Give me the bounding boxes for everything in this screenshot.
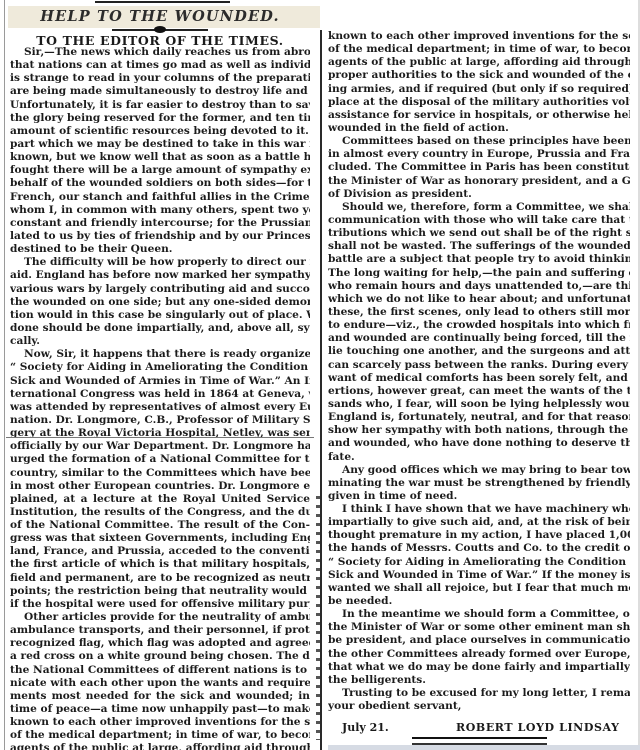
left-column: Sir,—The news which daily reaches us fro…: [10, 46, 310, 750]
text-line: Institution, the results of the Congress…: [10, 506, 310, 519]
text-line: in most other European countries. Dr. Lo…: [10, 480, 310, 493]
text-line: Committees based on these principles hav…: [328, 135, 630, 148]
text-line: show her sympathy with both nations, thr…: [328, 424, 630, 437]
text-line: battle are a subject that people try to …: [328, 253, 630, 266]
text-line: the other Committees already formed over…: [328, 648, 630, 661]
text-line: be needed.: [328, 595, 630, 608]
text-line: points; the restriction being that neutr…: [10, 585, 310, 598]
text-line: lie touching one another, and the surgeo…: [328, 345, 630, 358]
text-line: done should be done impartially, and, ab…: [10, 322, 310, 335]
text-line: officially by our War Department. Dr. Lo…: [10, 440, 310, 453]
text-line: shall not be wasted. The sufferings of t…: [328, 240, 630, 253]
text-line: tion would in this case be singularly ou…: [10, 309, 310, 322]
text-line: urged the formation of a National Commit…: [10, 453, 310, 466]
text-line: impartially to give such aid, and, at th…: [328, 516, 630, 529]
newspaper-clipping: HELP TO THE WOUNDED. TO THE EDITOR OF TH…: [0, 0, 640, 750]
text-line: sands who, I fear, will soon be lying he…: [328, 398, 630, 411]
column-divider: [320, 30, 322, 750]
text-line: the wounded on one side; but any one-sid…: [10, 296, 310, 309]
text-line: ments most needed for the sick and wound…: [10, 690, 310, 703]
text-line: are being made simultaneously to destroy…: [10, 85, 310, 98]
text-line: lated to us by ties of friendship and by…: [10, 230, 310, 243]
text-line: gress was that sixteen Governments, incl…: [10, 532, 310, 545]
text-line: Trusting to be excused for my long lette…: [328, 687, 630, 700]
text-line: these, the first scenes, only lead to ot…: [328, 306, 630, 319]
text-line: is strange to read in your columns of th…: [10, 72, 310, 85]
text-line: thought premature in my action, I have p…: [328, 529, 630, 542]
text-line: ternational Congress was held in 1864 at…: [10, 388, 310, 401]
text-line: fought there will be a large amount of s…: [10, 164, 310, 177]
text-line: assistance for service in hospitals, or …: [328, 109, 630, 122]
text-line: aid. England has before now marked her s…: [10, 269, 310, 282]
text-line: wanted we shall all rejoice, but I fear …: [328, 582, 630, 595]
text-line: Should we, therefore, form a Committee, …: [328, 201, 630, 214]
text-line: your obedient servant,: [328, 700, 630, 713]
text-line: the hands of Messrs. Coutts and Co. to t…: [328, 542, 630, 555]
text-line: and wounded, who have done nothing to de…: [328, 437, 630, 450]
text-line: place at the disposal of the military au…: [328, 96, 630, 109]
text-line: The long waiting for help,—the pain and …: [328, 267, 630, 280]
text-line: a red cross on a white ground being chos…: [10, 650, 310, 663]
text-line: can scarcely pass between the ranks. Dur…: [328, 359, 630, 372]
text-line: the first article of which is that milit…: [10, 558, 310, 571]
text-line: nation. Dr. Longmore, C.B., Professor of…: [10, 414, 310, 427]
text-line: wounded in the field of action.: [328, 122, 630, 135]
closing-rule: [412, 737, 547, 745]
text-line: field and permanent, are to be recognize…: [10, 572, 310, 585]
text-line: “ Society for Aiding in Ameliorating the…: [10, 361, 310, 374]
text-line: tributions which we send out shall be of…: [328, 227, 630, 240]
text-line: amount of scientific resources being dev…: [10, 125, 310, 138]
text-line: of the medical department; in time of wa…: [328, 43, 630, 56]
text-line: country, similar to the Committees which…: [10, 467, 310, 480]
text-line: in almost every country in Europe, Pruss…: [328, 148, 630, 161]
column-gutter-marks: [316, 490, 320, 740]
text-line: known to each other improved inventions …: [328, 30, 630, 43]
text-line: “ Society for Aiding in Ameliorating the…: [328, 556, 630, 569]
text-line: want of medical comforts has been sorely…: [328, 372, 630, 385]
text-line: be president, and place ourselves in com…: [328, 634, 630, 647]
text-line: cally.: [10, 335, 310, 348]
text-line: Other articles provide for the neutralit…: [10, 611, 310, 624]
text-line: Sick and Wounded of Armies in Time of Wa…: [10, 375, 310, 388]
text-line: of the medical department; in time of wa…: [10, 729, 310, 742]
page-bottom-edge: [328, 745, 640, 750]
text-line: known to each other improved inventions …: [10, 716, 310, 729]
text-line: plained, at a lecture at the Royal Unite…: [10, 493, 310, 506]
text-line: whom I, in common with many others, spen…: [10, 204, 310, 217]
text-line: the Minister of War as honorary presiden…: [328, 175, 630, 188]
text-line: and wounded are continually being forced…: [328, 332, 630, 345]
text-line: of Division as president.: [328, 188, 630, 201]
text-line: various wars by largely contributing aid…: [10, 283, 310, 296]
text-line: Now, Sir, it happens that there is ready…: [10, 348, 310, 361]
text-line: to endure—viz., the crowded hospitals in…: [328, 319, 630, 332]
text-line: ambulance transports, and their personne…: [10, 624, 310, 637]
text-line: fate.: [328, 451, 630, 464]
text-line: agents of the public at large, affording…: [328, 56, 630, 69]
text-line: the belligerents.: [328, 674, 630, 687]
letter-signature: ROBERT LOYD LINDSAY: [456, 721, 620, 734]
text-line: ing armies, and if required (but only if…: [328, 83, 630, 96]
ornamental-rule-center: [154, 26, 166, 33]
text-line: behalf of the wounded soldiers on both s…: [10, 177, 310, 190]
text-line: communication with those who will take c…: [328, 214, 630, 227]
left-border: [4, 0, 5, 750]
headline: HELP TO THE WOUNDED.: [0, 8, 320, 25]
text-line: Any good offices which we may bring to b…: [328, 464, 630, 477]
text-line: agents of the public at large, affording…: [10, 742, 310, 750]
column-seam: [6, 437, 314, 438]
text-line: land, France, and Prussia, acceded to th…: [10, 545, 310, 558]
text-line: known, but we know well that as soon as …: [10, 151, 310, 164]
text-line: time of peace—a time now unhappily past—…: [10, 703, 310, 716]
text-line: minating the war must be strengthened by…: [328, 477, 630, 490]
text-line: Unfortunately, it is far easier to destr…: [10, 99, 310, 112]
text-line: recognized flag, which flag was adopted …: [10, 637, 310, 650]
text-line: was attended by representatives of almos…: [10, 401, 310, 414]
text-line: that nations can at times go mad as well…: [10, 59, 310, 72]
letter-date: July 21.: [342, 721, 389, 734]
text-line: England is, fortunately, neutral, and fo…: [328, 411, 630, 424]
text-line: who remain hours and days unattended to,…: [328, 280, 630, 293]
text-line: nicate with each other upon the wants an…: [10, 677, 310, 690]
text-line: if the hospital were used for offensive …: [10, 598, 310, 611]
text-line: ertions, however great, can meet the wan…: [328, 385, 630, 398]
text-line: part which we may be destined to take in…: [10, 138, 310, 151]
text-line: which we do not like to hear about; and …: [328, 293, 630, 306]
text-line: Sir,—The news which daily reaches us fro…: [10, 46, 310, 59]
text-line: I think I have shown that we have machin…: [328, 503, 630, 516]
text-line: cluded. The Committee in Paris has been …: [328, 161, 630, 174]
text-line: destined to be their Queen.: [10, 243, 310, 256]
text-line: that what we do may be done fairly and i…: [328, 661, 630, 674]
text-line: the National Committees of different nat…: [10, 664, 310, 677]
text-line: Sick and Wounded in Time of War.” If the…: [328, 569, 630, 582]
text-line: given in time of need.: [328, 490, 630, 503]
right-column: known to each other improved inventions …: [328, 30, 630, 713]
text-line: In the meantime we should form a Committ…: [328, 608, 630, 621]
text-line: The difficulty will be how properly to d…: [10, 256, 310, 269]
text-line: gery at the Royal Victoria Hospital, Net…: [10, 427, 310, 440]
text-line: constant and friendly intercourse; for t…: [10, 217, 310, 230]
text-line: the Minister of War or some other eminen…: [328, 621, 630, 634]
text-line: proper authorities to the sick and wound…: [328, 69, 630, 82]
text-line: of the National Committee. The result of…: [10, 519, 310, 532]
text-line: French, our stanch and faithful allies i…: [10, 191, 310, 204]
text-line: the glory being reserved for the former,…: [10, 112, 310, 125]
